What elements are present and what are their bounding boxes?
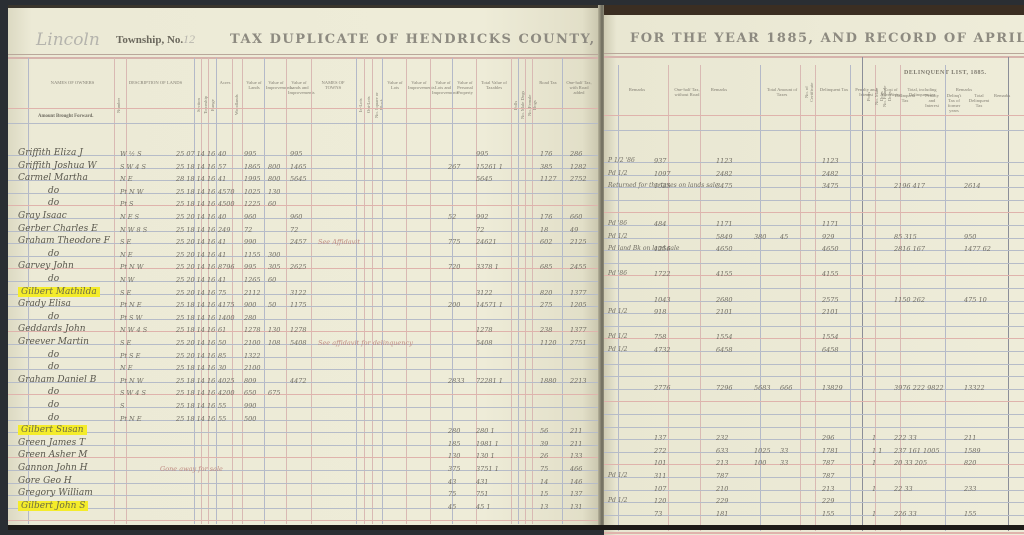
owner-name: do — [48, 362, 59, 372]
value-lands-improvements: 5408 — [290, 339, 307, 347]
half-tax-without-road: 107 — [654, 485, 666, 493]
value-of-lands: 650 — [244, 389, 256, 397]
value-of-lands: 990 — [244, 238, 256, 246]
owner-name: Garvey John — [18, 261, 74, 271]
delinquent-column-header: Delinq't Tax of former years — [944, 93, 964, 113]
total-taxes: 213 — [716, 459, 728, 467]
total-taxables: 24621 — [476, 238, 497, 246]
land-description: S W 4 S — [120, 163, 146, 171]
value-of-lands: 809 — [244, 377, 256, 385]
delinquent-tax: 20 33 205 — [894, 459, 927, 467]
total-taxables: 751 — [476, 490, 488, 498]
land-description: Pt N W — [120, 188, 144, 196]
total-taxes: 6458 — [716, 346, 733, 354]
column-header: Total Amount of Taxes — [764, 87, 800, 97]
section-township-range: 25 20 14 16 — [176, 289, 215, 297]
value-of-lands: 1265 — [244, 276, 261, 284]
half-tax-with-road: 466 — [570, 465, 582, 473]
value-of-lands: 900 — [244, 301, 256, 309]
acres: 41 — [218, 175, 226, 183]
total-incl-delinquencies: 229 — [822, 497, 834, 505]
value-lands-improvements: 1278 — [290, 326, 307, 334]
township-name: Lincoln — [36, 30, 100, 50]
row-rule — [8, 218, 600, 219]
delinquent-tax: 85 315 — [894, 233, 917, 241]
personal-property: 775 — [448, 238, 460, 246]
row-rule — [8, 432, 600, 433]
remark: See Affidavit — [318, 238, 360, 246]
delinquent-tax: 226 33 — [894, 510, 917, 518]
column-header: Acres — [218, 80, 232, 85]
half-tax-without-road: 1097 — [654, 170, 671, 178]
delinquent-tax: 22 33 — [894, 485, 913, 493]
remark: See affidavit for delinquency — [318, 339, 413, 347]
value-lands-improvements: 1175 — [290, 301, 307, 309]
column-header: Remarks — [622, 87, 652, 92]
column-divider — [311, 58, 312, 524]
half-tax-without-road: 311 — [654, 472, 666, 480]
row-rule — [604, 477, 1024, 478]
polls: 1 — [872, 434, 876, 442]
total-taxes: 232 — [716, 434, 728, 442]
row-rule — [604, 313, 1024, 314]
owner-name: do — [48, 312, 59, 322]
column-header: Road Tax — [534, 80, 562, 85]
header-rule — [8, 123, 600, 124]
column-divider — [364, 58, 365, 524]
road-tax: 238 — [540, 326, 552, 334]
section-township-range: 25 20 14 16 — [176, 276, 215, 284]
personal-property: 45 — [448, 503, 456, 511]
section-township-range: 25 18 14 16 — [176, 402, 215, 410]
title-row-right: FOR THE YEAR 1885, AND RECORD OF APRIL A… — [604, 27, 1024, 54]
column-header: Number — [116, 90, 122, 120]
header-rule — [604, 130, 1024, 131]
row-rule — [8, 205, 600, 206]
personal-property: 375 — [448, 465, 460, 473]
value-of-lands: 1322 — [244, 352, 261, 360]
row-rule — [8, 193, 600, 194]
land-description: S E — [120, 339, 131, 347]
section-township-range: 25 18 14 16 — [176, 188, 215, 196]
penalty-interest: 5683 — [754, 384, 771, 392]
value-lands-improvements: 72 — [290, 226, 298, 234]
section-township-range: 25 18 14 16 — [176, 326, 215, 334]
column-header: Delinquent Tax — [819, 87, 849, 92]
total-delinquent: 233 — [964, 485, 976, 493]
total-incl-delinquencies: 2575 — [822, 296, 839, 304]
road-tax: 602 — [540, 238, 552, 246]
total-incl-delinquencies: 787 — [822, 472, 834, 480]
row-rule — [604, 414, 1024, 415]
column-divider — [700, 65, 701, 531]
half-tax-with-road: 1377 — [570, 289, 587, 297]
road-tax: 14 — [540, 478, 548, 486]
half-tax-with-road: 2751 — [570, 339, 587, 347]
total-incl-delinquencies: 929 — [822, 233, 834, 241]
value-lands-improvements: 1465 — [290, 163, 307, 171]
value-lands-improvements: 5645 — [290, 175, 307, 183]
remark: Gone away for sale — [160, 465, 223, 473]
column-header: Total Value of Taxables — [478, 80, 510, 90]
column-header: Value of Lands — [244, 80, 264, 90]
cost-advertising: 666 — [780, 384, 792, 392]
total-taxables: 3378 1 — [476, 263, 499, 271]
remark: Pd 1/2 — [608, 497, 627, 504]
value-of-improvements: 305 — [268, 263, 280, 271]
column-divider — [518, 58, 519, 524]
row-rule — [604, 338, 1024, 339]
half-tax-without-road: 120 — [654, 497, 666, 505]
half-tax-without-road: 73 — [654, 510, 662, 518]
value-of-lands: 1865 — [244, 163, 261, 171]
section-township-range: 25 20 14 16 — [176, 339, 215, 347]
total-delinquent: 475 10 — [964, 296, 987, 304]
acres: 50 — [218, 339, 226, 347]
remark: P 1/2 '86 — [608, 157, 635, 164]
cost-advertising: 33 — [780, 459, 788, 467]
owner-name: Greever Martin — [18, 337, 89, 347]
total-taxes: 229 — [716, 497, 728, 505]
owner-name: Gilbert John S — [18, 501, 88, 511]
owner-name: do — [48, 249, 59, 259]
total-taxables: 5645 — [476, 175, 493, 183]
section-township-range: 25 18 14 16 — [176, 226, 215, 234]
owner-name: Carmel Martha — [18, 173, 88, 183]
acres: 30 — [218, 364, 226, 372]
row-rule — [8, 483, 600, 484]
land-description: Pt S W — [120, 314, 142, 322]
road-tax: 56 — [540, 427, 548, 435]
row-rule — [604, 439, 1024, 440]
acres: 249 — [218, 226, 230, 234]
owner-name: do — [48, 387, 59, 397]
owner-name: do — [48, 400, 59, 410]
column-header: Value of Lots and Improvements — [432, 80, 454, 95]
total-delinquent: 13322 — [964, 384, 985, 392]
row-rule — [604, 288, 1024, 289]
row-rule — [8, 407, 600, 408]
row-rule — [8, 155, 600, 156]
column-divider — [264, 58, 265, 524]
half-tax-with-road: 211 — [570, 440, 582, 448]
total-incl-delinquencies: 1123 — [822, 157, 839, 165]
column-header: Value of Personal Property — [454, 80, 476, 95]
column-header: Value of Lands and Improvements — [288, 80, 310, 95]
land-description: W ½ S — [120, 150, 142, 158]
value-of-lands: 2112 — [244, 289, 261, 297]
delinquent-divider-end — [1008, 57, 1009, 531]
column-divider — [618, 65, 619, 531]
total-delinquent: 155 — [964, 510, 976, 518]
row-rule — [8, 457, 600, 458]
owner-name: Geddards John — [18, 324, 86, 334]
personal-property: 130 — [448, 452, 460, 460]
half-tax-with-road: 49 — [570, 226, 578, 234]
owner-name: do — [48, 198, 59, 208]
column-divider — [525, 58, 526, 524]
value-of-lands: 2100 — [244, 364, 261, 372]
owner-name: Grady Elisa — [18, 299, 71, 309]
personal-property: 2833 — [448, 377, 465, 385]
value-of-improvements: 300 — [268, 251, 280, 259]
total-incl-delinquencies: 296 — [822, 434, 834, 442]
total-taxables: 280 1 — [476, 427, 495, 435]
road-tax: 385 — [540, 163, 552, 171]
total-taxables: 3751 1 — [476, 465, 499, 473]
value-of-improvements: 800 — [268, 163, 280, 171]
half-tax-with-road: 1205 — [570, 301, 587, 309]
total-taxes: 2482 — [716, 170, 733, 178]
total-taxes: 7296 — [716, 384, 733, 392]
township-number: 12 — [183, 32, 195, 47]
total-incl-delinquencies: 1781 — [822, 447, 839, 455]
row-rule — [604, 364, 1024, 365]
land-description: Pt N W — [120, 377, 144, 385]
value-of-lands: 1225 — [244, 200, 261, 208]
value-of-improvements: 60 — [268, 276, 276, 284]
personal-property: 280 — [448, 427, 460, 435]
value-of-lands: 500 — [244, 415, 256, 423]
acres: 41 — [218, 238, 226, 246]
half-tax-without-road: 1625 — [654, 182, 671, 190]
owner-name: Griffith Joshua W — [18, 161, 97, 171]
half-tax-without-road: 137 — [654, 434, 666, 442]
owner-name: Gannon John H — [18, 463, 88, 473]
page-bottom-edge — [8, 525, 1024, 530]
section-township-range: 28 18 14 16 — [176, 175, 215, 183]
section-township-range: 25 20 14 16 — [176, 263, 215, 271]
owner-name: Green Asher M — [18, 450, 87, 460]
total-taxables: 130 1 — [476, 452, 495, 460]
owner-name: Graham Daniel B — [18, 375, 96, 385]
section-township-range: 25 18 14 16 — [176, 301, 215, 309]
acres: 57 — [218, 163, 226, 171]
remark: Pd 1/2 — [608, 170, 627, 177]
section-township-range: 25 20 14 16 — [176, 213, 215, 221]
value-of-improvements: 60 — [268, 200, 276, 208]
value-of-lands: 960 — [244, 213, 256, 221]
owner-name: Gore Geo H — [18, 476, 72, 486]
delinquent-column-header: No. Female Dogs — [882, 83, 888, 109]
acres: 1400 — [218, 314, 235, 322]
row-rule — [8, 520, 600, 521]
owner-name: Gilbert Mathilda — [18, 287, 100, 297]
land-description: N E — [120, 251, 133, 259]
column-header: One-half Tax, with Road added — [564, 80, 594, 95]
section-township-range: 25 18 14 16 — [176, 163, 215, 171]
penalty-interest: 380 — [754, 233, 766, 241]
cost-advertising: 33 — [780, 447, 788, 455]
owner-name: Gerber Charles E — [18, 224, 98, 234]
value-of-lands: 1155 — [244, 251, 261, 259]
road-tax: 1880 — [540, 377, 557, 385]
owner-name: do — [48, 413, 59, 423]
total-delinquent: 1589 — [964, 447, 981, 455]
column-divider — [815, 65, 816, 531]
column-divider — [114, 58, 115, 524]
column-header: One-half Tax, without Road — [672, 87, 702, 97]
total-taxes: 210 — [716, 485, 728, 493]
delinquent-tax: 2816 167 — [894, 245, 925, 253]
column-divider — [406, 58, 407, 524]
total-taxables: 3122 — [476, 289, 493, 297]
land-description: Pt S — [120, 200, 134, 208]
total-taxes: 3475 — [716, 182, 733, 190]
polls: 1 1 — [872, 447, 882, 455]
delinquent-column-header: Delinquent Tax — [892, 93, 918, 103]
total-taxes: 4155 — [716, 270, 733, 278]
delinquent-tax: 1150 262 — [894, 296, 925, 304]
half-tax-without-road: 484 — [654, 220, 666, 228]
total-taxes: 633 — [716, 447, 728, 455]
half-tax-without-road: 758 — [654, 333, 666, 341]
section-township-range: 25 18 14 16 — [176, 364, 215, 372]
value-of-lands: 995 — [244, 263, 256, 271]
cost-advertising: 45 — [780, 233, 788, 241]
total-incl-delinquencies: 4650 — [822, 245, 839, 253]
remark: Pd 1/2 — [608, 333, 627, 340]
column-header: No. Square or Block — [374, 90, 380, 120]
polls: 1 — [872, 485, 876, 493]
section-township-range: 25 20 14 16 — [176, 238, 215, 246]
total-taxables: 995 — [476, 150, 488, 158]
row-rule — [604, 212, 1024, 213]
column-divider — [850, 65, 851, 531]
delinquent-column-header: No. Male Dogs — [874, 83, 880, 109]
land-description: S W 4 S — [120, 389, 146, 397]
total-taxes: 1554 — [716, 333, 733, 341]
acres: 8796 — [218, 263, 235, 271]
row-rule — [8, 357, 600, 358]
half-tax-with-road: 146 — [570, 478, 582, 486]
total-taxes: 181 — [716, 510, 728, 518]
row-rule — [604, 162, 1024, 163]
column-header: DESCRIPTION OF LANDS — [128, 80, 183, 85]
remark: Pd '86 — [608, 270, 627, 277]
row-rule — [8, 420, 600, 421]
value-of-improvements: 50 — [268, 301, 276, 309]
column-divider — [242, 58, 243, 524]
delinquent-divider — [862, 57, 863, 531]
row-rule — [604, 464, 1024, 465]
total-delinquent: 950 — [964, 233, 976, 241]
row-rule — [604, 490, 1024, 491]
road-tax: 1127 — [540, 175, 557, 183]
column-header: NAMES OF TOWNS — [313, 80, 353, 90]
total-delinquent: 211 — [964, 434, 976, 442]
acres: 41 — [218, 276, 226, 284]
acres: 40 — [218, 150, 226, 158]
value-of-lands: 72 — [244, 226, 252, 234]
header-rule — [604, 115, 1024, 116]
row-rule — [604, 225, 1024, 226]
value-of-improvements: 108 — [268, 339, 280, 347]
total-incl-delinquencies: 2101 — [822, 308, 839, 316]
delinquent-tax: 2196 417 — [894, 182, 925, 190]
column-divider — [430, 58, 431, 524]
total-delinquent: 2614 — [964, 182, 981, 190]
column-header: NAMES OF OWNERS — [30, 80, 115, 85]
personal-property: 52 — [448, 213, 456, 221]
half-tax-without-road: 101 — [654, 459, 666, 467]
acres: 4570 — [218, 188, 235, 196]
delinquent-column-header: Total Delinquent Tax — [966, 93, 992, 108]
land-description: N W — [120, 276, 134, 284]
land-description: S E — [120, 289, 131, 297]
value-lands-improvements: 2625 — [290, 263, 307, 271]
total-taxes: 4650 — [716, 245, 733, 253]
page-heading-right: FOR THE YEAR 1885, AND RECORD OF APRIL A… — [630, 31, 1024, 46]
row-rule — [604, 200, 1024, 201]
land-description: Pt N E — [120, 415, 142, 423]
section-township-range: 25 20 14 16 — [176, 352, 215, 360]
value-of-improvements: 130 — [268, 326, 280, 334]
half-tax-with-road: 137 — [570, 490, 582, 498]
road-tax: 176 — [540, 213, 552, 221]
half-tax-without-road: 1043 — [654, 296, 671, 304]
column-header: Value of Improvements — [408, 80, 430, 90]
value-of-improvements: 130 — [268, 188, 280, 196]
land-description: Pt N W — [120, 263, 144, 271]
owner-name: Green James T — [18, 438, 85, 448]
page-heading-left: TAX DUPLICATE OF HENDRICKS COUNTY, INDIA… — [230, 32, 600, 47]
total-taxables: 1981 1 — [476, 440, 499, 448]
column-divider — [286, 58, 287, 524]
half-tax-with-road: 1377 — [570, 326, 587, 334]
total-incl-delinquencies: 155 — [822, 510, 834, 518]
column-header: Woodlands — [234, 90, 240, 120]
land-description: N W 4 S — [120, 326, 147, 334]
personal-property: 75 — [448, 490, 456, 498]
row-rule — [604, 263, 1024, 264]
owner-name: Gray Isaac — [18, 211, 67, 221]
column-header: Remarks — [704, 87, 734, 92]
total-taxables: 5408 — [476, 339, 493, 347]
acres: 75 — [218, 289, 226, 297]
right-page: FOR THE YEAR 1885, AND RECORD OF APRIL A… — [604, 5, 1024, 535]
land-description: N E — [120, 364, 133, 372]
column-header: Value of Lots — [384, 80, 406, 90]
total-rule — [604, 532, 1024, 534]
total-taxables: 14571 1 — [476, 301, 503, 309]
land-description: N E S — [120, 213, 139, 221]
remark: Pd 1/2 — [608, 308, 627, 315]
value-of-improvements: 800 — [268, 175, 280, 183]
acres: 4175 — [218, 301, 235, 309]
left-page: Lincoln Township, No. 12 TAX DUPLICATE O… — [8, 5, 600, 530]
header-rule — [8, 108, 600, 109]
total-delinquent: 820 — [964, 459, 976, 467]
acres: 4500 — [218, 200, 235, 208]
section-township-range: 25 18 14 16 — [176, 314, 215, 322]
land-description: S E — [120, 238, 131, 246]
polls: 1 — [872, 510, 876, 518]
value-of-lands: 280 — [244, 314, 256, 322]
section-township-range: 25 18 14 16 — [176, 415, 215, 423]
total-incl-delinquencies: 2482 — [822, 170, 839, 178]
delinquent-column-header: Polls — [866, 83, 872, 109]
value-of-lands: 1995 — [244, 175, 261, 183]
personal-property: 185 — [448, 440, 460, 448]
value-of-lands: 990 — [244, 402, 256, 410]
half-tax-without-road: 1722 — [654, 270, 671, 278]
road-tax: 15 — [540, 490, 548, 498]
row-rule — [604, 452, 1024, 453]
value-of-lands: 1278 — [244, 326, 261, 334]
road-tax: 820 — [540, 289, 552, 297]
column-header: Value of Improvements — [266, 80, 286, 90]
